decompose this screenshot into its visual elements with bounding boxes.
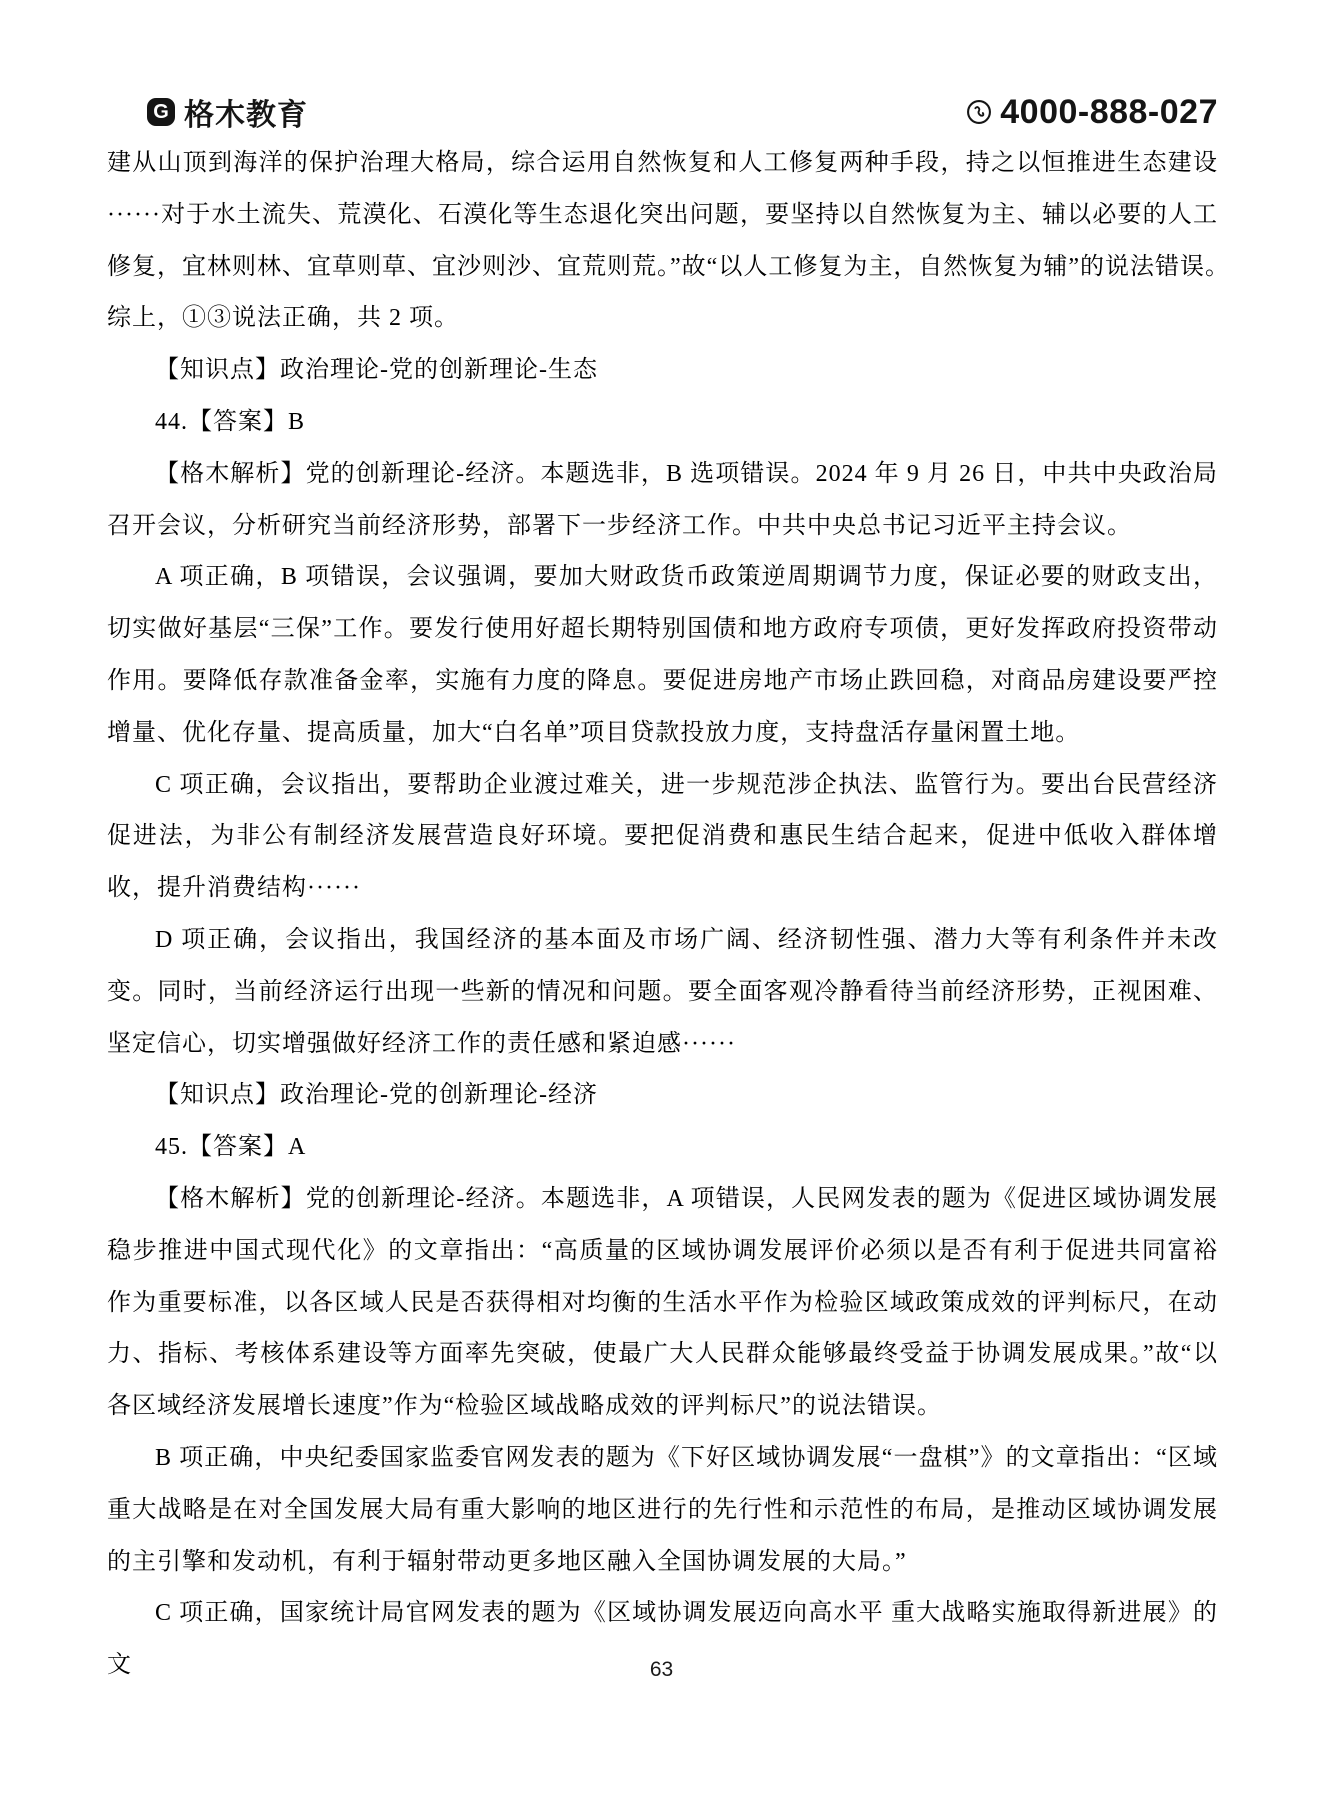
paragraph: 44.【答案】B	[107, 397, 1218, 449]
page-header: G 格木教育 4000-888-027	[107, 90, 1218, 134]
paragraph: 【知识点】政治理论-党的创新理论-经济	[107, 1070, 1218, 1122]
paragraph: D 项正确，会议指出，我国经济的基本面及市场广阔、经济韧性强、潜力大等有利条件并…	[107, 915, 1218, 1070]
page-footer: 63	[0, 1658, 1323, 1682]
paragraph: 【知识点】政治理论-党的创新理论-生态	[107, 345, 1218, 397]
brand-logo-icon: G	[147, 98, 175, 126]
paragraph: A 项正确，B 项错误，会议强调，要加大财政货币政策逆周期调节力度，保证必要的财…	[107, 552, 1218, 759]
answer-explanations-body: 建从山顶到海洋的保护治理大格局，综合运用自然恢复和人工修复两种手段，持之以恒推进…	[107, 138, 1218, 1692]
phone-icon	[966, 99, 992, 125]
paragraph: 建从山顶到海洋的保护治理大格局，综合运用自然恢复和人工修复两种手段，持之以恒推进…	[107, 138, 1218, 345]
contact-phone: 4000-888-027	[966, 93, 1218, 132]
paragraph: 【格木解析】党的创新理论-经济。本题选非，B 选项错误。2024 年 9 月 2…	[107, 449, 1218, 553]
document-page: G 格木教育 4000-888-027 建从山顶到海洋的保护治理大格局，综合运用…	[0, 0, 1323, 1795]
paragraph: B 项正确，中央纪委国家监委官网发表的题为《下好区域协调发展“一盘棋”》的文章指…	[107, 1433, 1218, 1588]
phone-number: 4000-888-027	[1000, 93, 1218, 132]
brand: G 格木教育	[147, 90, 308, 134]
paragraph: 45.【答案】A	[107, 1122, 1218, 1174]
brand-name: 格木教育	[184, 90, 308, 134]
paragraph: 【格木解析】党的创新理论-经济。本题选非，A 项错误，人民网发表的题为《促进区域…	[107, 1174, 1218, 1433]
paragraph: C 项正确，会议指出，要帮助企业渡过难关，进一步规范涉企执法、监管行为。要出台民…	[107, 760, 1218, 915]
page-number: 63	[650, 1658, 673, 1681]
